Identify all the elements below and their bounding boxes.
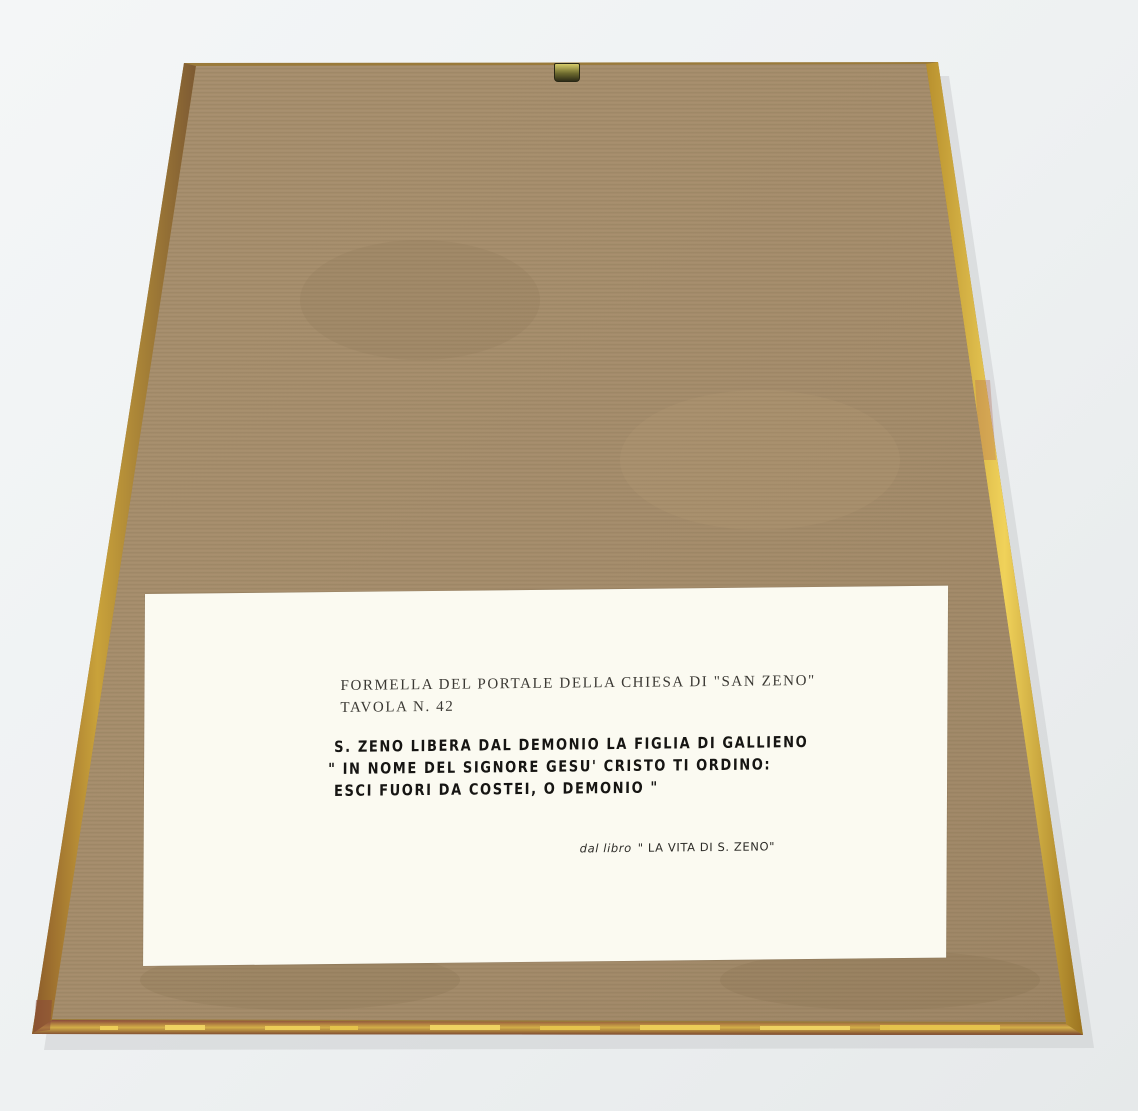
label-heading-line1: FORMELLA DEL PORTALE DELLA CHIESA DI "SA…: [340, 673, 815, 695]
label-source-prefix: dal libro: [580, 841, 632, 856]
label-title: S. ZENO LIBERA DAL DEMONIO LA FIGLIA DI …: [334, 733, 808, 756]
label-heading-line2: TAVOLA N. 42: [340, 699, 454, 717]
brass-hook-icon: [554, 63, 580, 82]
info-label: FORMELLA DEL PORTALE DELLA CHIESA DI "SA…: [143, 586, 948, 966]
label-quote-line1: " IN NOME DEL SIGNORE GESU' CRISTO TI OR…: [328, 755, 771, 778]
photo-scene: FORMELLA DEL PORTALE DELLA CHIESA DI "SA…: [0, 0, 1138, 1111]
label-source-title: " LA VITA DI S. ZENO": [638, 839, 775, 854]
label-source: dal libro" LA VITA DI S. ZENO": [580, 839, 775, 855]
label-quote-line2: ESCI FUORI DA COSTEI, O DEMONIO ": [334, 779, 659, 800]
